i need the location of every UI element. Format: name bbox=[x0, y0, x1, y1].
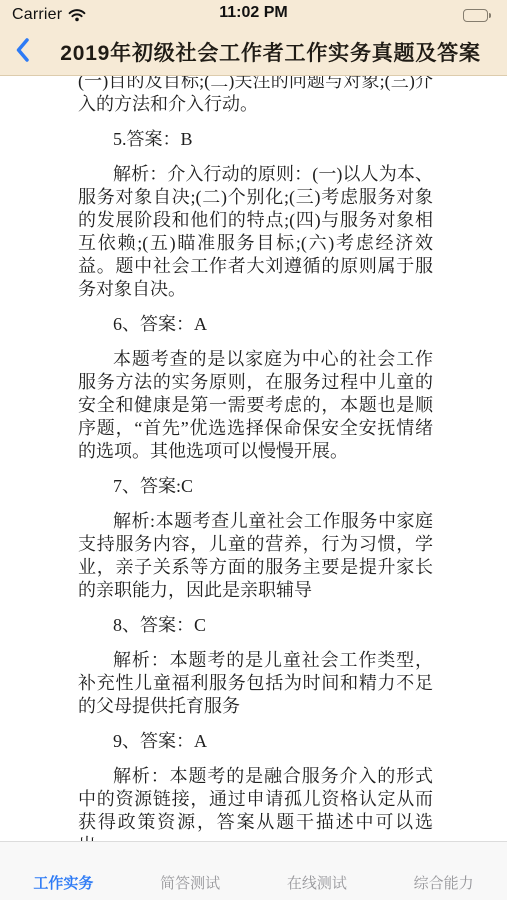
back-button[interactable] bbox=[0, 28, 44, 76]
analysis-paragraph-q9: 解析：本题考的是融合服务介入的形式中的资源链接，通过申请孤儿资格认定从而获得政策… bbox=[78, 765, 433, 841]
tab-bar: 工作实务 简答测试 在线测试 综合能力 bbox=[0, 841, 507, 900]
tab-jianda-ceshi[interactable]: 简答测试 bbox=[127, 872, 254, 893]
analysis-paragraph-q5: 解析：介入行动的原则：(一)以人为本、服务对象自决;(二)个别化;(三)考虑服务… bbox=[78, 163, 433, 301]
answer-content-scroll-area[interactable]: (一)目的及目标;(二)关注的问题与对象;(三)介入的方法和介入行动。 5.答案… bbox=[0, 76, 507, 841]
clock-label: 11:02 PM bbox=[0, 4, 507, 22]
answer-line-q6: 6、答案：A bbox=[78, 313, 433, 336]
content-paragraph: (一)目的及目标;(二)关注的问题与对象;(三)介入的方法和介入行动。 bbox=[78, 76, 433, 116]
tab-zaixian-ceshi[interactable]: 在线测试 bbox=[254, 872, 381, 893]
chevron-left-icon bbox=[16, 38, 29, 65]
tab-gongzuo-shiwu[interactable]: 工作实务 bbox=[0, 872, 127, 893]
analysis-paragraph-q8: 解析：本题考的是儿童社会工作类型，补充性儿童福利服务包括为时间和精力不足的父母提… bbox=[78, 649, 433, 718]
answer-line-q7: 7、答案:C bbox=[78, 475, 433, 498]
nav-bar: 2019年初级社会工作者工作实务真题及答案 bbox=[0, 28, 507, 76]
analysis-paragraph-q7: 解析:本题考查儿童社会工作服务中家庭支持服务内容，儿童的营养，行为习惯，学业，亲… bbox=[78, 510, 433, 602]
page-title: 2019年初级社会工作者工作实务真题及答案 bbox=[44, 37, 507, 67]
tab-zonghe-nengli[interactable]: 综合能力 bbox=[380, 872, 507, 893]
answer-line-q9: 9、答案：A bbox=[78, 730, 433, 753]
answer-line-q8: 8、答案：C bbox=[78, 614, 433, 637]
analysis-paragraph-q6: 本题考查的是以家庭为中心的社会工作服务方法的实务原则，在服务过程中儿童的安全和健… bbox=[78, 348, 433, 463]
answer-line-q5: 5.答案：B bbox=[78, 128, 433, 151]
app-window: Carrier 11:02 PM 2019年初级社会工作者工作实务真题及答案 bbox=[0, 0, 507, 900]
status-bar: Carrier 11:02 PM bbox=[0, 0, 507, 28]
